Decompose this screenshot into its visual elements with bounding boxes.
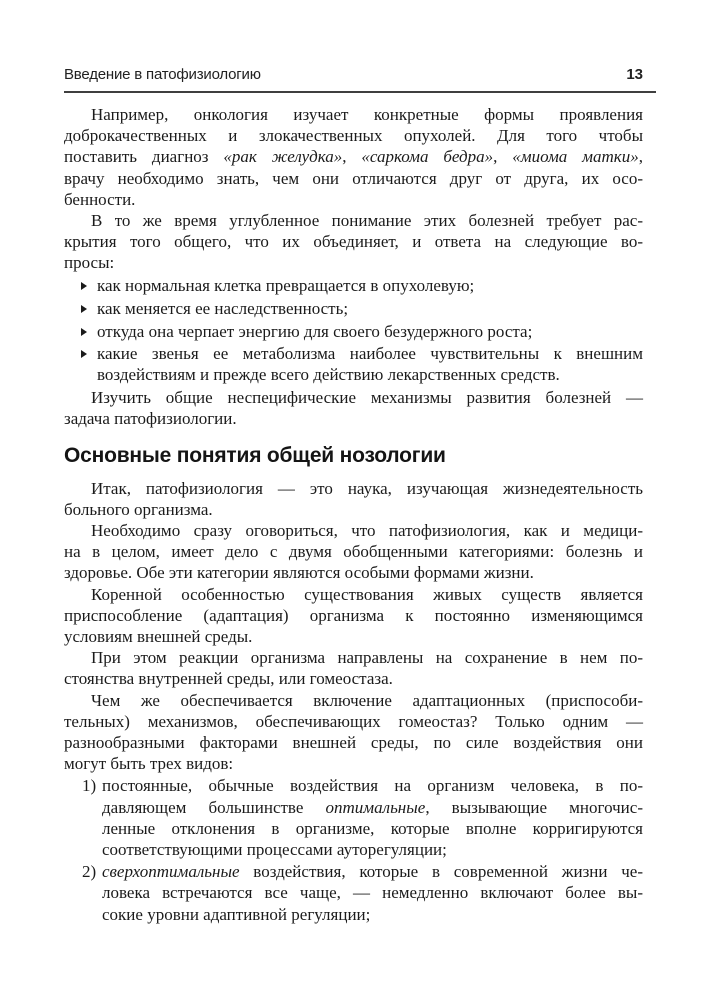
text-line: В то же время углубленное понимание этих… [64, 210, 643, 231]
text-line: Изучить общие неспецифические механизмы … [64, 387, 643, 408]
paragraph: Чем же обеспечивается включение адаптаци… [64, 690, 643, 775]
text-line: ловека встречаются все чаще, — немедленн… [102, 882, 643, 903]
text-line: Чем же обеспечивается включение адаптаци… [64, 690, 643, 711]
text-line: приспособление (адаптация) организма к п… [64, 605, 643, 626]
text-line: При этом реакции организма направлены на… [64, 647, 643, 668]
text-line: задача патофизиологии. [64, 408, 643, 429]
section-heading: Основные понятия общей нозологии [64, 443, 643, 469]
text-line: врачу необходимо знать, чем они отличают… [64, 168, 643, 189]
text-line: поставить диагноз «рак желудка», «сарком… [64, 146, 643, 167]
text-line: Коренной особенностью существования живы… [64, 584, 643, 605]
italic-run: сверхоптимальные [102, 862, 240, 881]
item-number: 1) [82, 775, 96, 796]
text-line: Необходимо сразу оговориться, что патофи… [64, 520, 643, 541]
paragraph: Итак, патофизиология — это наука, изучаю… [64, 478, 643, 520]
text-line: Например, онкология изучает конкретные ф… [64, 104, 643, 125]
paragraph: Необходимо сразу оговориться, что патофи… [64, 520, 643, 584]
text-line: доброкачественных и злокачественных опух… [64, 125, 643, 146]
list-item: какие звенья ее метаболизма наиболее чув… [64, 343, 643, 385]
bullet-icon [81, 350, 87, 358]
text-line: сверхоптимальные воздействия, которые в … [102, 861, 643, 882]
list-item: откуда она черпает энергию для своего бе… [64, 321, 643, 342]
text-line: давляющем большинстве оптимальные, вызыв… [102, 797, 643, 818]
bullet-icon [81, 305, 87, 313]
paragraph: В то же время углубленное понимание этих… [64, 210, 643, 274]
text-line: крытия того общего, что их объединяет, и… [64, 231, 643, 252]
text-line: здоровье. Обе эти категории являются осо… [64, 562, 643, 583]
numbered-list: 1)постоянные, обычные воздействия на орг… [64, 775, 643, 924]
paragraph: Изучить общие неспецифические механизмы … [64, 387, 643, 429]
bullet-icon [81, 282, 87, 290]
list-item: как нормальная клетка превращается в опу… [64, 275, 643, 296]
running-title: Введение в патофизиологию [64, 66, 261, 84]
bullet-list: как нормальная клетка превращается в опу… [64, 275, 643, 386]
text-line: на в целом, имеет дело с двумя обобщенны… [64, 541, 643, 562]
italic-run: «миома матки» [512, 147, 639, 166]
text-line: какие звенья ее метаболизма наиболее чув… [97, 343, 643, 364]
running-header: Введение в патофизиологию 13 [64, 66, 643, 84]
item-number: 2) [82, 861, 96, 882]
paragraph: Например, онкология изучает конкретные ф… [64, 104, 643, 210]
paragraph: При этом реакции организма направлены на… [64, 647, 643, 689]
bullet-icon [81, 328, 87, 336]
text-line: как меняется ее наследственность; [97, 298, 643, 319]
text-line: могут быть трех видов: [64, 753, 643, 774]
page-content: Например, онкология изучает конкретные ф… [64, 104, 643, 926]
text-line: разнообразными факторами внешней среды, … [64, 732, 643, 753]
text-line: условиям внешней среды. [64, 626, 643, 647]
italic-run: оптимальные [326, 798, 426, 817]
text-line: как нормальная клетка превращается в опу… [97, 275, 643, 296]
page-number: 13 [626, 66, 643, 84]
italic-run: «рак желудка» [223, 147, 342, 166]
header-rule [64, 91, 656, 93]
text-line: бенности. [64, 189, 643, 210]
list-item: как меняется ее наследственность; [64, 298, 643, 319]
text-line: постоянные, обычные воздействия на орган… [102, 775, 643, 796]
paragraph: Коренной особенностью существования живы… [64, 584, 643, 648]
text-line: ленные отклонения в организме, которые в… [102, 818, 643, 839]
numbered-item: 1)постоянные, обычные воздействия на орг… [64, 775, 643, 860]
book-page: Введение в патофизиологию 13 Например, о… [0, 0, 704, 1000]
numbered-item: 2)сверхоптимальные воздействия, которые … [64, 861, 643, 925]
text-line: откуда она черпает энергию для своего бе… [97, 321, 643, 342]
text-line: просы: [64, 252, 643, 273]
text-line: больного организма. [64, 499, 643, 520]
text-line: Итак, патофизиология — это наука, изучаю… [64, 478, 643, 499]
text-line: стоянства внутренней среды, или гомеоста… [64, 668, 643, 689]
text-line: тельных) механизмов, обеспечивающих гоме… [64, 711, 643, 732]
text-line: воздействиям и прежде всего действию лек… [97, 364, 643, 385]
text-line: сокие уровни адаптивной регуляции; [102, 904, 643, 925]
italic-run: «саркома бедра» [361, 147, 493, 166]
text-line: соответствующими процессами ауторегуляци… [102, 839, 643, 860]
